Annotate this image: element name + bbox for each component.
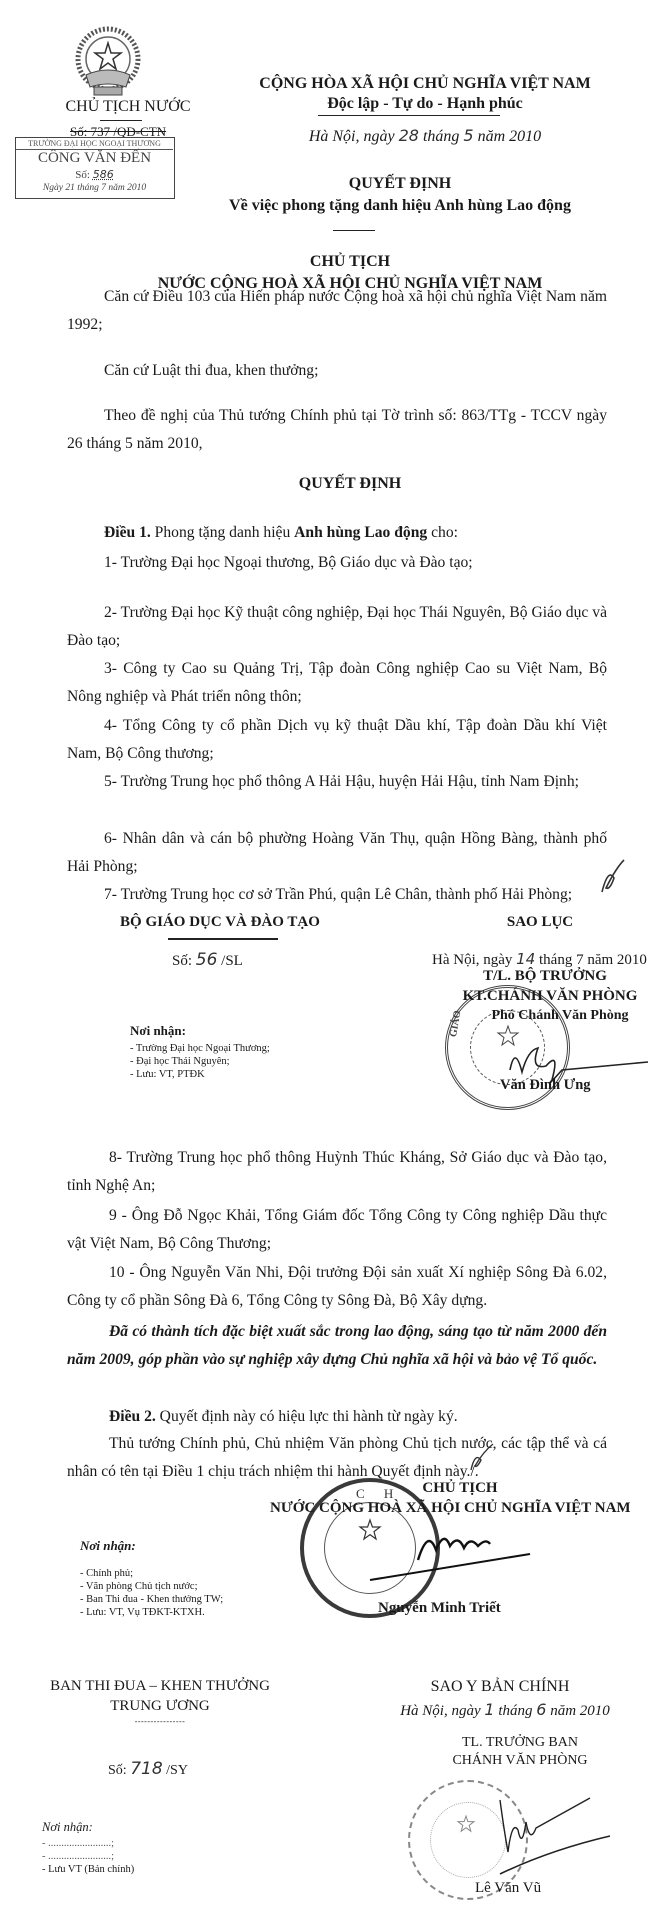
emulation-org-line2: TRUNG ƯƠNG bbox=[30, 1698, 290, 1715]
emulation-recipient: - ........................; bbox=[42, 1850, 114, 1864]
emulation-sign-line1: TL. TRƯỞNG BAN bbox=[420, 1735, 620, 1751]
moet-org-underline bbox=[168, 938, 278, 940]
article-1-text-after: cho: bbox=[427, 524, 458, 541]
subject-underline bbox=[333, 230, 375, 231]
moet-copy-type: SAO LỤC bbox=[440, 914, 640, 931]
place-date-prefix: Hà Nội, ngày bbox=[309, 128, 399, 145]
decision-title: QUYẾT ĐỊNH bbox=[180, 175, 620, 193]
moet-date: Hà Nội, ngày 14 tháng 7 năm 2010 bbox=[432, 950, 647, 969]
motto-underline bbox=[318, 115, 500, 116]
place-date-day: 28 bbox=[399, 126, 419, 145]
place-date: Hà Nội, ngày 28 tháng 5 năm 2010 bbox=[210, 126, 640, 146]
preamble-1: Căn cứ Điều 103 của Hiến pháp nước Cộng … bbox=[67, 283, 607, 339]
place-date-year: năm 2010 bbox=[474, 128, 542, 145]
emulation-date: Hà Nội, ngày 1 tháng 6 năm 2010 bbox=[360, 1700, 650, 1720]
list-item-text: 4- Tổng Công ty cổ phần Dịch vụ kỹ thuật… bbox=[67, 717, 607, 762]
emulation-number-row: Số: 718 /SY bbox=[108, 1759, 188, 1779]
preamble-2: Căn cứ Luật thi đua, khen thưởng; bbox=[67, 357, 607, 385]
list-item: 10 - Ông Nguyễn Văn Nhi, Đội trưởng Đội … bbox=[67, 1259, 607, 1315]
emulation-separator: ---------------- bbox=[30, 1717, 290, 1726]
emulation-number-suffix: /SY bbox=[163, 1763, 188, 1778]
emulation-date-day: 1 bbox=[484, 1700, 494, 1719]
decision-heading: QUYẾT ĐỊNH bbox=[240, 475, 460, 493]
issuer-underline bbox=[100, 120, 142, 121]
moet-recipients-label: Nơi nhận: bbox=[130, 1023, 186, 1039]
president-line2: NƯỚC CỘNG HOÀ XÃ HỘI CHỦ NGHĨA VIỆT NAM bbox=[270, 1500, 631, 1517]
president-recipients-label: Nơi nhận: bbox=[80, 1538, 136, 1554]
president-recipient: - Chính phủ; bbox=[80, 1567, 133, 1581]
moet-number-label: Số: bbox=[172, 953, 196, 969]
moet-date-prefix: Hà Nội, ngày bbox=[432, 952, 516, 968]
national-emblem bbox=[72, 25, 144, 103]
national-motto: Độc lập - Tự do - Hạnh phúc bbox=[210, 95, 640, 113]
moet-number-row: Số: 56 /SL bbox=[172, 950, 243, 970]
emulation-org-line1: BAN THI ĐUA – KHEN THƯỞNG bbox=[30, 1678, 290, 1695]
place-date-month-label: tháng bbox=[419, 128, 463, 145]
list-item: 6- Nhân dân và cán bộ phường Hoàng Văn T… bbox=[67, 825, 607, 881]
emulation-number-label: Số: bbox=[108, 1763, 130, 1778]
president-line1: CHỦ TỊCH bbox=[400, 1480, 520, 1497]
emulation-copy-type: SAO Y BẢN CHÍNH bbox=[370, 1678, 630, 1696]
emulation-signature bbox=[470, 1790, 650, 1880]
moet-recipient: - Lưu: VT, PTĐK bbox=[130, 1068, 205, 1082]
list-item: 1- Trường Đại học Ngoại thương, Bộ Giáo … bbox=[67, 549, 607, 577]
moet-recipient: - Đại học Thái Nguyên; bbox=[130, 1055, 230, 1069]
initials-mark-2 bbox=[467, 1444, 497, 1472]
president-signer: Nguyễn Minh Triết bbox=[378, 1600, 501, 1617]
citation-text: Đã có thành tích đặc biệt xuất sắc trong… bbox=[67, 1323, 607, 1368]
moet-date-day: 14 bbox=[516, 950, 535, 968]
list-item-text: 5- Trường Trung học phổ thông A Hải Hậu,… bbox=[104, 773, 579, 790]
emulation-recipients-label: Nơi nhận: bbox=[42, 1820, 93, 1835]
emulation-date-month: 6 bbox=[536, 1700, 546, 1719]
list-item-text: 2- Trường Đại học Kỹ thuật công nghiệp, … bbox=[67, 604, 607, 649]
moet-org: BỘ GIÁO DỤC VÀ ĐÀO TẠO bbox=[110, 914, 330, 931]
article-1-text-before: Phong tặng danh hiệu bbox=[151, 524, 294, 541]
emulation-date-prefix: Hà Nội, ngày bbox=[400, 1703, 484, 1719]
initials-mark bbox=[598, 858, 628, 896]
place-date-month: 5 bbox=[463, 126, 473, 145]
president-recipient: - Văn phòng Chủ tịch nước; bbox=[80, 1580, 198, 1594]
decision-subject: Về việc phong tặng danh hiệu Anh hùng La… bbox=[180, 197, 620, 215]
received-stamp-number-row: Số: 586 bbox=[16, 168, 173, 181]
received-stamp: TRƯỜNG ĐẠI HỌC NGOẠI THƯƠNG CÔNG VĂN ĐẾN… bbox=[15, 137, 175, 199]
execution-clause-text: Thủ tướng Chính phủ, Chủ nhiệm Văn phòng… bbox=[67, 1435, 607, 1480]
authority-line1: CHỦ TỊCH bbox=[100, 253, 600, 271]
article-2: Điều 2. Quyết định này có hiệu lực thi h… bbox=[67, 1403, 607, 1431]
president-recipient: - Ban Thi đua - Khen thưởng TW; bbox=[80, 1593, 223, 1607]
list-item-text: 7- Trường Trung học cơ sở Trần Phú, quận… bbox=[104, 886, 572, 903]
list-item: 3- Công ty Cao su Quảng Trị, Tập đoàn Cô… bbox=[67, 655, 607, 711]
preamble-3-text: Theo đề nghị của Thủ tướng Chính phủ tại… bbox=[67, 407, 607, 452]
list-item-text: 8- Trường Trung học phổ thông Huỳnh Thúc… bbox=[67, 1149, 607, 1194]
article-1: Điều 1. Phong tặng danh hiệu Anh hùng La… bbox=[67, 519, 607, 547]
emulation-signer: Lê Văn Vũ bbox=[475, 1880, 541, 1897]
list-item-text: 10 - Ông Nguyễn Văn Nhi, Đội trưởng Đội … bbox=[67, 1264, 607, 1309]
emulation-number: 718 bbox=[130, 1759, 162, 1779]
moet-sign-line2: KT.CHÁNH VĂN PHÒNG bbox=[450, 988, 650, 1005]
execution-clause: Thủ tướng Chính phủ, Chủ nhiệm Văn phòng… bbox=[67, 1430, 607, 1486]
moet-sign-line1: T/L. BỘ TRƯỞNG bbox=[450, 968, 640, 985]
list-item-text: 6- Nhân dân và cán bộ phường Hoàng Văn T… bbox=[67, 830, 607, 875]
received-stamp-title: CÔNG VĂN ĐẾN bbox=[16, 150, 173, 167]
issuer-name: CHỦ TỊCH NƯỚC bbox=[48, 98, 208, 116]
moet-sign-line3: Phó Chánh Văn Phòng bbox=[470, 1008, 650, 1024]
preamble-2-text: Căn cứ Luật thi đua, khen thưởng; bbox=[104, 362, 318, 379]
preamble-3: Theo đề nghị của Thủ tướng Chính phủ tại… bbox=[67, 402, 607, 458]
moet-recipient: - Trường Đại học Ngoại Thương; bbox=[130, 1042, 270, 1056]
article-1-label: Điều 1. bbox=[104, 524, 151, 541]
country-name: CỘNG HÒA XÃ HỘI CHỦ NGHĨA VIỆT NAM bbox=[210, 75, 640, 93]
list-item: 7- Trường Trung học cơ sở Trần Phú, quận… bbox=[67, 881, 607, 909]
preamble-1-text: Căn cứ Điều 103 của Hiến pháp nước Cộng … bbox=[67, 288, 607, 333]
moet-date-rest: tháng 7 năm 2010 bbox=[535, 952, 647, 968]
list-item-text: 3- Công ty Cao su Quảng Trị, Tập đoàn Cô… bbox=[67, 660, 607, 705]
moet-number-suffix: /SL bbox=[217, 953, 242, 969]
received-stamp-number-label: Số: bbox=[75, 169, 92, 181]
moet-seal-text: GIÁO bbox=[448, 1010, 463, 1038]
emulation-sign-line2: CHÁNH VĂN PHÒNG bbox=[420, 1753, 620, 1769]
article-2-label: Điều 2. bbox=[109, 1408, 156, 1425]
list-item: 8- Trường Trung học phổ thông Huỳnh Thúc… bbox=[67, 1144, 607, 1200]
moet-number: 56 bbox=[196, 950, 218, 970]
list-item: 9 - Ông Đỗ Ngọc Khải, Tổng Giám đốc Tổng… bbox=[67, 1202, 607, 1258]
emulation-date-year: năm 2010 bbox=[546, 1703, 609, 1719]
list-item-text: 9 - Ông Đỗ Ngọc Khải, Tổng Giám đốc Tổng… bbox=[67, 1207, 607, 1252]
president-signature bbox=[340, 1520, 540, 1590]
emulation-recipient: - Lưu VT (Bản chính) bbox=[42, 1863, 134, 1877]
received-stamp-date: Ngày 21 tháng 7 năm 2010 bbox=[16, 183, 173, 193]
received-stamp-number: 586 bbox=[93, 168, 114, 181]
emulation-date-month-label: tháng bbox=[495, 1703, 537, 1719]
president-recipient: - Lưu: VT, Vụ TĐKT-KTXH. bbox=[80, 1606, 205, 1620]
article-2-text: Quyết định này có hiệu lực thi hành từ n… bbox=[156, 1408, 458, 1425]
emulation-recipient: - ........................; bbox=[42, 1837, 114, 1851]
list-item: 2- Trường Đại học Kỹ thuật công nghiệp, … bbox=[67, 599, 607, 655]
moet-signer: Văn Đình Ưng bbox=[500, 1077, 591, 1094]
list-item: 4- Tổng Công ty cổ phần Dịch vụ kỹ thuật… bbox=[67, 712, 607, 768]
citation: Đã có thành tích đặc biệt xuất sắc trong… bbox=[67, 1318, 607, 1374]
received-stamp-org: TRƯỜNG ĐẠI HỌC NGOẠI THƯƠNG bbox=[16, 138, 173, 150]
list-item: 5- Trường Trung học phổ thông A Hải Hậu,… bbox=[67, 768, 607, 796]
article-1-title: Anh hùng Lao động bbox=[294, 524, 427, 541]
list-item-text: 1- Trường Đại học Ngoại thương, Bộ Giáo … bbox=[104, 554, 473, 571]
